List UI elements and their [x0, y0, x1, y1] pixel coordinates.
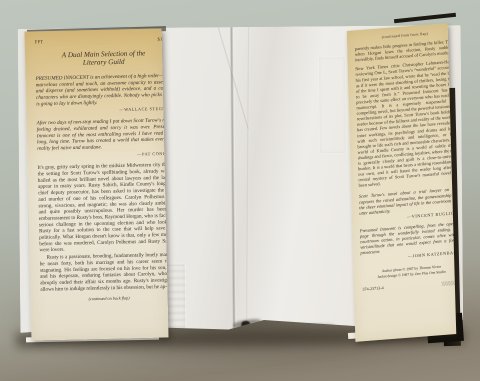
- literary-guild-heading: A Dual Main Selection of the Literary Gu…: [35, 49, 169, 69]
- conroy-quote: After two days of non-stop reading I put…: [37, 117, 169, 152]
- back-flap: (continued from front flap) parently mak…: [347, 23, 457, 342]
- photo-open-dust-jacket: FPT $18.95 A Dual Main Selection of the …: [0, 0, 480, 381]
- spine-crease-secondary: [246, 27, 250, 334]
- flap-copy-paragraph-1: It's gray, gritty early spring in the mi…: [38, 162, 169, 254]
- black-jacket-edge-top: [394, 13, 456, 23]
- jacket-code-row: 374-23713-4: [361, 279, 456, 292]
- front-flap: FPT $18.95 A Dual Main Selection of the …: [25, 28, 169, 340]
- pencil-notation: [441, 280, 456, 286]
- jacket-code: 374-23713-4: [362, 285, 383, 292]
- emboss-impression: [318, 56, 347, 154]
- stegner-attribution: —WALLACE STEGNER: [36, 106, 168, 115]
- price-row: FPT $18.95: [35, 36, 169, 45]
- flap-copy-paragraph-4: New York Times critic Christopher Lehman…: [355, 59, 456, 189]
- flap-copy-paragraph-2: Rusty is a passionate, brooding, fundame…: [40, 252, 169, 293]
- continued-on-back-flap: (continued on back flap): [41, 294, 169, 303]
- stegner-quote: PRESUMED INNOCENT is an achievement of a…: [36, 73, 169, 108]
- conroy-attribution: —PAT CONROY: [37, 151, 168, 160]
- fpt-code: FPT: [35, 39, 44, 46]
- jacket-credits: Author photo © 1987 by Thomas Victor Jac…: [361, 263, 456, 281]
